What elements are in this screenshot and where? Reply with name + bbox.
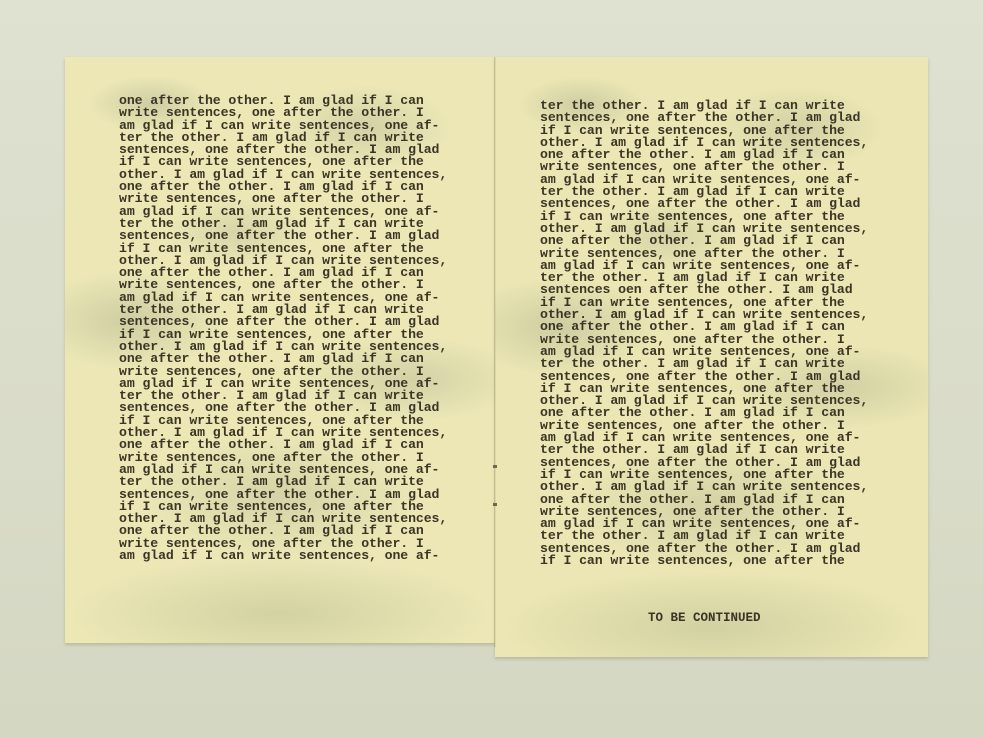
left-page: one after the other. I am glad if I canw… <box>65 57 495 643</box>
staple-icon <box>493 503 497 506</box>
staple-icon <box>493 465 497 468</box>
to-be-continued-label: TO BE CONTINUED <box>648 611 761 625</box>
right-page-text: ter the other. I am glad if I can writes… <box>540 100 868 567</box>
spine-gutter <box>494 57 496 647</box>
right-page: ter the other. I am glad if I can writes… <box>495 57 928 657</box>
text-line: if I can write sentences, one after the <box>540 555 868 567</box>
text-line: am glad if I can write sentences, one af… <box>119 550 447 562</box>
booklet-spread: one after the other. I am glad if I canw… <box>0 0 983 737</box>
left-page-text: one after the other. I am glad if I canw… <box>119 95 447 562</box>
